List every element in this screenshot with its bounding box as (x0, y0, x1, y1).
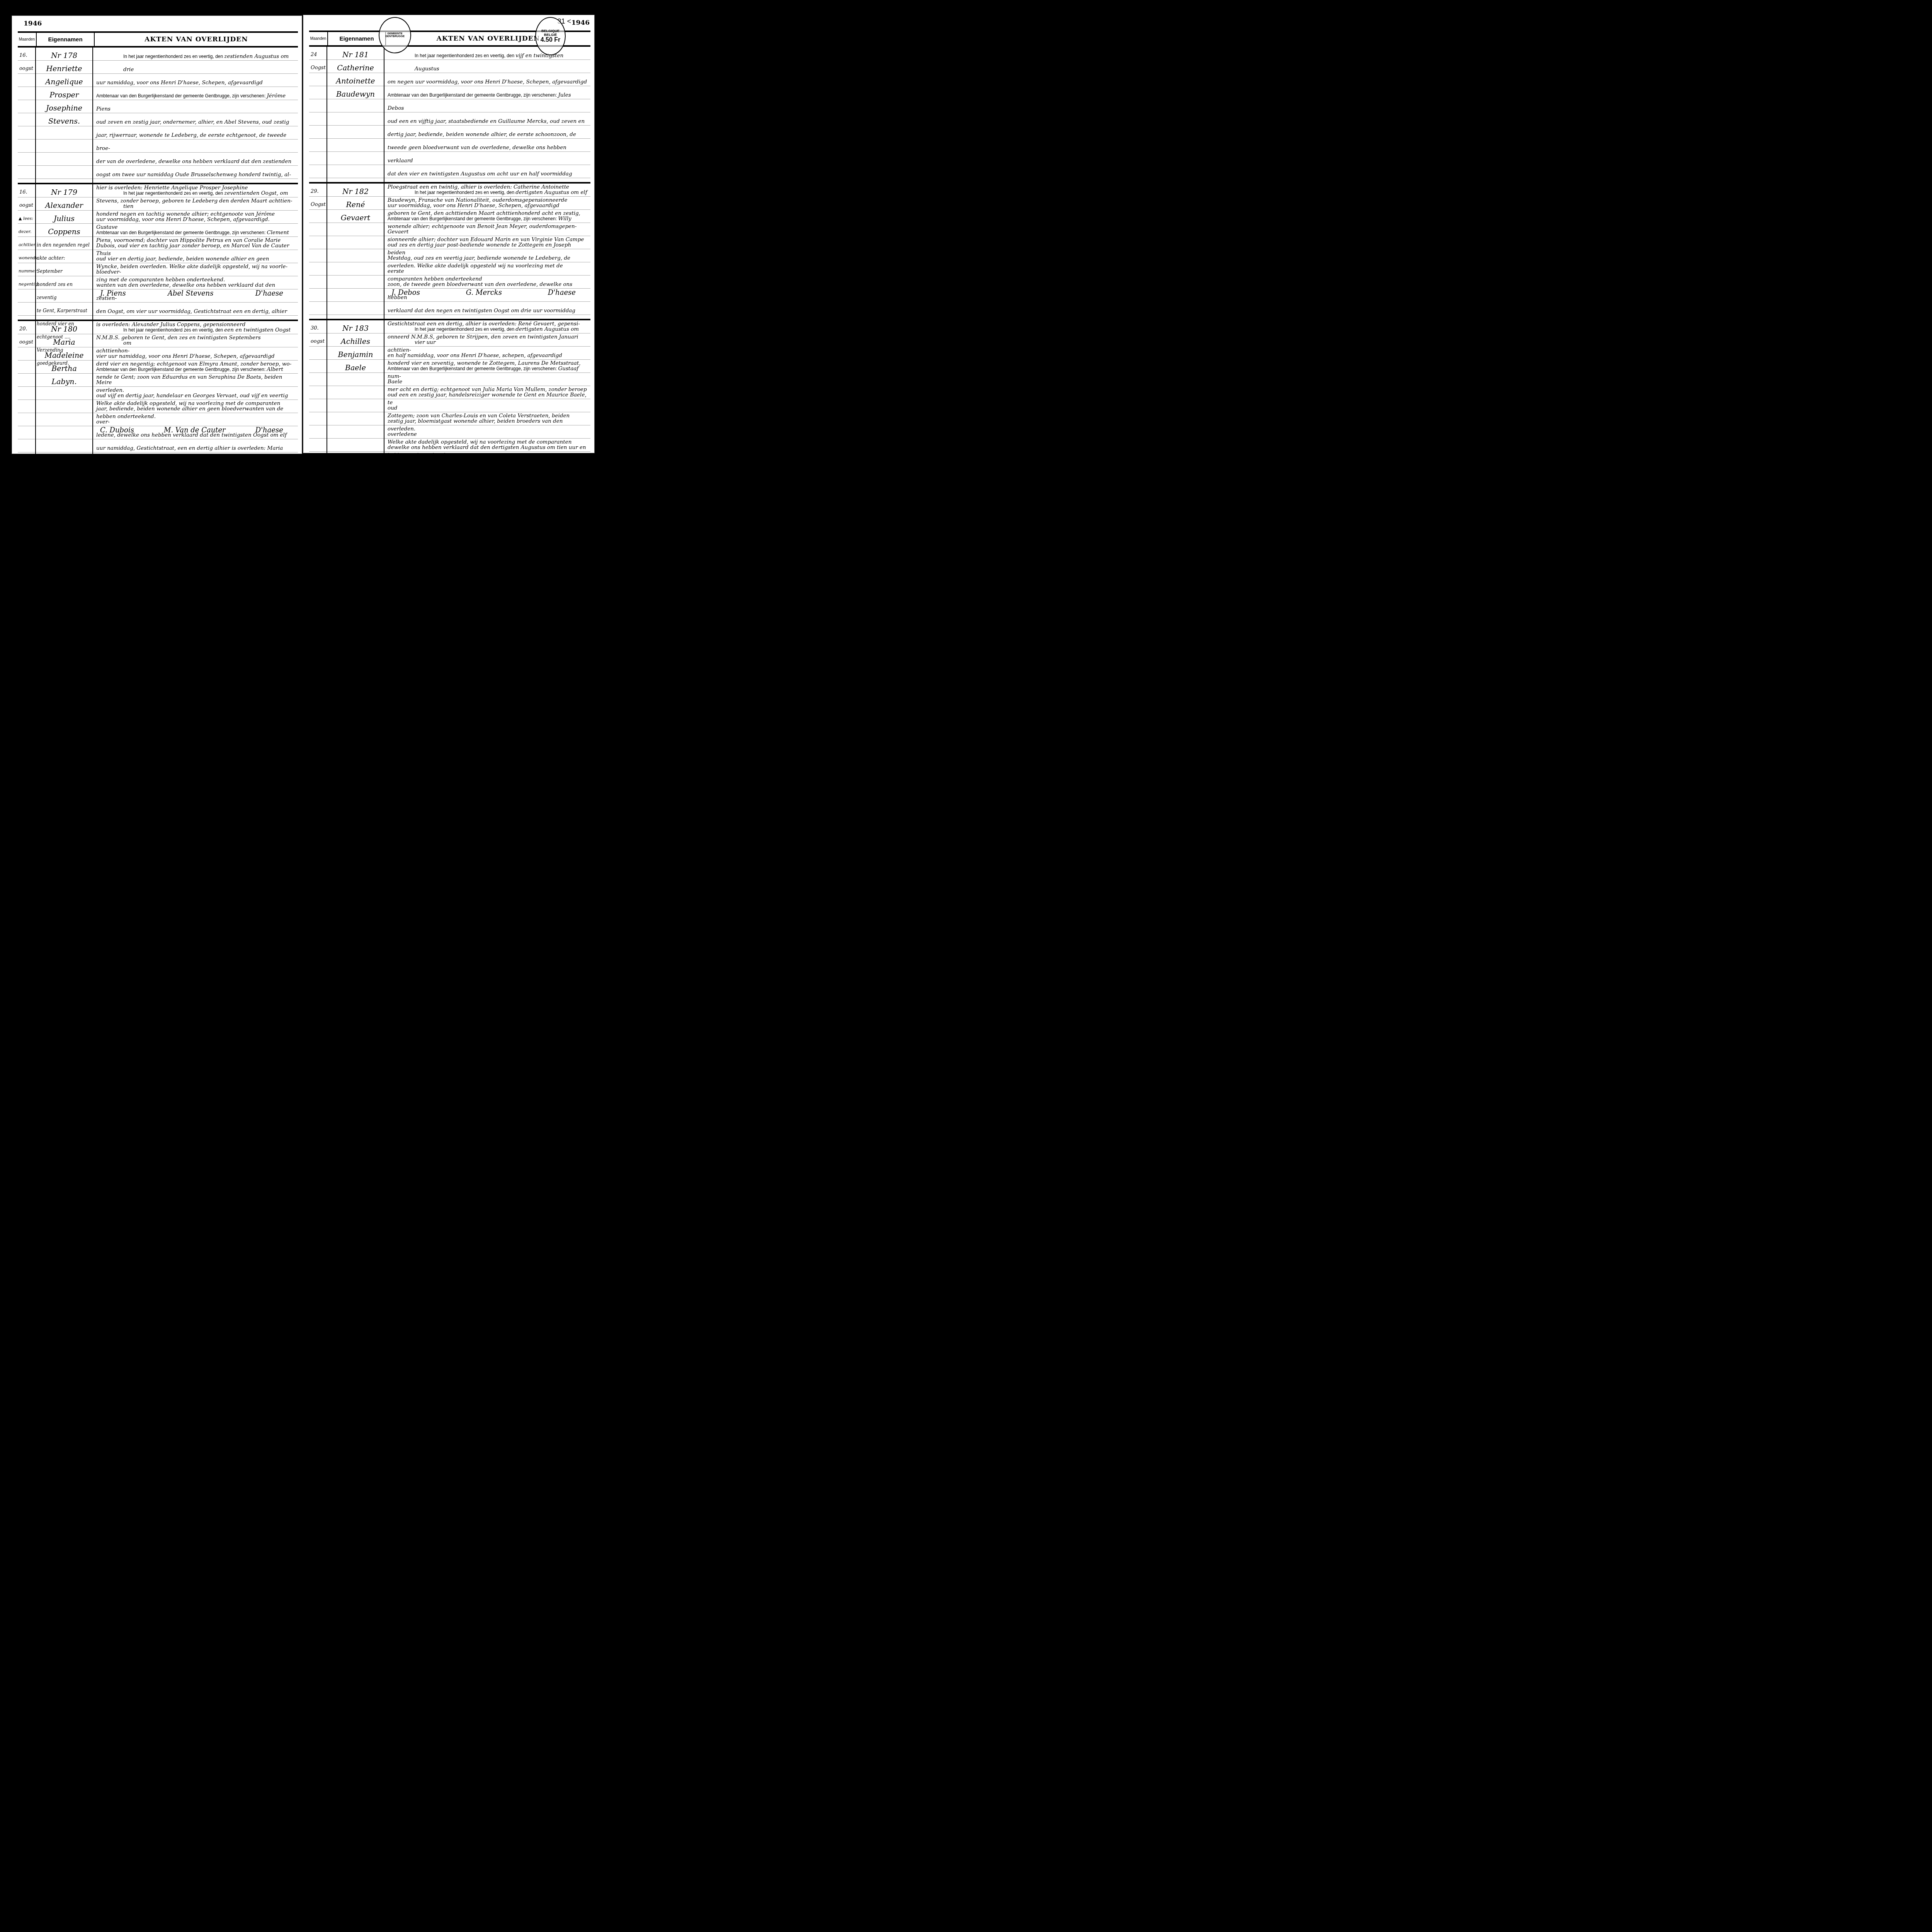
act-line: dewelke ons hebben verklaard dat den der… (388, 441, 587, 454)
act-text: In het jaar negentienhonderd zes en veer… (384, 184, 590, 319)
margin-note-line: ▲ lees: (18, 212, 35, 225)
deceased-name-part: Madeleine (36, 349, 92, 362)
deceased-names: AchillesBenjaminBaele (327, 335, 384, 374)
header-title: AKTEN VAN OVERLIJDEN (95, 33, 298, 46)
act-line: uur voormiddag, voor ons Henri D'haese, … (388, 199, 587, 212)
act-line: verklaard dat den negen en twintigsten O… (388, 304, 587, 317)
act-line: oud vijf en dertig jaar, handelaar en Ge… (96, 389, 295, 402)
death-record-entry: 29. Oogst Nr 182 RenéGevaert In het jaar… (309, 184, 590, 320)
header-months: Maanden (18, 33, 37, 46)
names-cell: Nr 183 AchillesBenjaminBaele (327, 320, 384, 456)
deceased-name-part: Coppens (36, 225, 92, 238)
preprinted-line-1: In het jaar negentienhonderd zes en veer… (415, 190, 514, 195)
year-label: 1946 (24, 20, 42, 27)
preprinted-line-1: In het jaar negentienhonderd zes en veer… (415, 327, 514, 332)
act-line: dat den vier en twintigsten Augustus om … (388, 167, 587, 180)
deceased-name-part: Baudewyn (327, 88, 384, 101)
act-line: uur namiddag, Gestichtstraat, een en der… (96, 442, 295, 455)
header-names: Eigennamen (328, 32, 386, 45)
act-line: ledene, dewelke ons hebben verklaard dat… (96, 429, 295, 442)
register-page-left: 1946 Maanden Eigennamen AKTEN VAN OVERLI… (12, 15, 302, 454)
month-cell: 29. Oogst (309, 184, 327, 319)
preprinted-line-3: Ambtenaar van den Burgerlijkenstand der … (388, 92, 557, 98)
act-line: een kwart voormiddag Vredestraat, drie e… (388, 454, 587, 460)
margin-note-left: ▲ lees:dezer.achttienwonendenummernegent… (18, 212, 35, 291)
act-line: dertig jaar, bediende, beiden wonende al… (388, 128, 587, 141)
names-cell: Nr 179 AlexanderJuliusCoppensin den nege… (36, 184, 93, 320)
deceased-names: MariaMadeleineBerthaLabyn. (36, 336, 92, 388)
deceased-names: CatherineAntoinetteBaudewyn (327, 61, 384, 101)
act-text: In het jaar negentienhonderd zes en veer… (93, 48, 298, 183)
deceased-name-part: Julius (36, 212, 92, 225)
entry-day: 20. (18, 323, 35, 336)
death-record-entry: 16. oogst ▲ lees:dezer.achttienwonendenu… (18, 184, 298, 321)
act-line: wanten van den overledene, dewelke ons h… (96, 279, 295, 305)
preprinted-line-3: Ambtenaar van den Burgerlijkenstand der … (96, 367, 265, 372)
month-cell: 16. oogst ▲ lees:dezer.achttienwonendenu… (18, 184, 36, 320)
preprinted-line-3: Ambtenaar van den Burgerlijkenstand der … (96, 230, 265, 235)
header-months: Maanden (309, 32, 328, 45)
deceased-names: RenéGevaert (327, 198, 384, 224)
margin-note-line: achttien (18, 238, 35, 252)
margin-note-line: nummer (18, 265, 35, 278)
deceased-names: HenrietteAngeliqueProsperJosephineSteven… (36, 62, 92, 128)
act-number: Nr 180 (36, 323, 92, 336)
preprinted-line-1: In het jaar negentienhonderd zes en veer… (123, 327, 223, 333)
act-line: den Oogst, om vier uur voormiddag, Gesti… (96, 305, 295, 318)
month-cell: 20. oogst (18, 321, 36, 456)
act-line: en half namiddag, voor ons Henri D'haese… (388, 349, 587, 362)
register-grid: Maanden Eigennamen AKTEN VAN OVERLIJDEN … (18, 31, 298, 450)
deceased-name-part: Bertha (36, 362, 92, 375)
deceased-name-part: Maria (36, 336, 92, 349)
death-record-entry: 20. oogst Nr 180 MariaMadeleineBerthaLab… (18, 321, 298, 456)
entry-day: 16. (18, 186, 35, 199)
deceased-name-part: Antoinette (327, 75, 384, 88)
act-line: tweede geen bloedverwant van de overlede… (388, 141, 587, 167)
names-cell: Nr 178 HenrietteAngeliqueProsperJosephin… (36, 48, 93, 183)
act-date: dertigsten Augustus om elf (515, 189, 587, 196)
act-text: In het jaar negentienhonderd zes en veer… (384, 320, 590, 456)
preprinted-line-3: Ambtenaar van den Burgerlijkenstand der … (388, 216, 557, 221)
preprinted-line-3: Ambtenaar van den Burgerlijkenstand der … (388, 366, 557, 371)
deceased-name-part: Gevaert (327, 211, 384, 224)
deceased-name-part: Baele (327, 361, 384, 374)
year-label: 1946 (571, 19, 590, 27)
deceased-name-part: Achilles (327, 335, 384, 348)
act-line: uur voormiddag, voor ons Henri D'haese, … (96, 213, 295, 226)
entry-day: 30. (309, 322, 327, 335)
margin-note-line: wonende (18, 252, 35, 265)
deceased-name-part: Angelique (36, 75, 92, 88)
act-line: oud zeven en zestig jaar, ondernemer, al… (96, 116, 295, 129)
column-header-row: Maanden Eigennamen AKTEN VAN OVERLIJDEN (18, 33, 298, 48)
names-cell: Nr 181 CatherineAntoinetteBaudewyn (327, 47, 384, 182)
preprinted-line-1: In het jaar negentienhonderd zes en veer… (415, 53, 514, 58)
act-line: Mestdag, oud zes en veertig jaar, bedien… (388, 252, 587, 278)
act-text: In het jaar negentienhonderd zes en veer… (93, 184, 298, 320)
header-names: Eigennamen (37, 33, 95, 46)
margin-correction-note: in den negenden regel (36, 238, 92, 252)
margin-correction-note: honderd zes en zeventig (36, 278, 92, 304)
margin-note-line: negentig; (18, 278, 35, 291)
deceased-name-part: Labyn. (36, 375, 92, 388)
register-grid: Maanden Eigennamen AKTEN VAN OVERLIJDEN … (309, 31, 590, 449)
names-cell: Nr 182 RenéGevaert (327, 184, 384, 319)
entry-day: 16. (18, 49, 35, 62)
month-cell: 24 Oogst (309, 47, 327, 182)
entry-day: 24 (309, 48, 327, 61)
act-line: oud een en vijftig jaar, staatsbediende … (388, 115, 587, 128)
margin-correction-note: te Gent, Karperstraat (36, 304, 92, 317)
entry-day: 29. (309, 185, 327, 198)
margin-note-line: dezer. (18, 225, 35, 238)
municipal-seal-stamp: GEMEENTE GENTBRUGGE (379, 17, 411, 53)
act-line: oud vier en dertig jaar, bediende, beide… (96, 252, 295, 279)
deceased-name-part: Henriette (36, 62, 92, 75)
act-number: Nr 178 (36, 49, 92, 62)
month-cell: 30. oogst (309, 320, 327, 456)
act-line: om negen uur voormiddag, voor ons Henri … (388, 75, 587, 88)
act-line: der van de overledene, dewelke ons hebbe… (96, 155, 295, 168)
register-page-right: 31 < 1946 Maanden Eigennamen AKTEN VAN O… (303, 15, 595, 453)
act-text: In het jaar negentienhonderd zes en veer… (93, 321, 298, 456)
act-line: vier uur namiddag, voor ons Henri D'haes… (96, 350, 295, 363)
act-line: Dubois, oud vier en tachtig jaar zonder … (96, 239, 295, 252)
deceased-name-part: Stevens. (36, 115, 92, 128)
act-line: oud zes en dertig jaar post-bediende won… (388, 238, 587, 252)
death-record-entry: 30. oogst Nr 183 AchillesBenjaminBaele I… (309, 320, 590, 456)
month-cell: 16. oogst (18, 48, 36, 183)
preprinted-line-1: In het jaar negentienhonderd zes en veer… (123, 190, 223, 196)
act-number: Nr 182 (327, 185, 384, 198)
act-line: jaar, rijwerraar, wonende te Ledeberg, d… (96, 129, 295, 155)
entry-month: oogst (309, 335, 327, 348)
act-number: Nr 183 (327, 322, 384, 335)
witness-name: Clement (267, 230, 289, 236)
margin-correction-note: akte achter: September (36, 252, 92, 278)
deceased-name-part: Alexander (36, 199, 92, 212)
deceased-name-part: René (327, 198, 384, 211)
entry-month: oogst (18, 62, 35, 75)
act-line: oud een en zestig jaar, handelsreiziger … (388, 388, 587, 415)
act-line: uur namiddag, voor ons Henri D'haese, Sc… (96, 76, 295, 89)
entry-month: oogst (18, 336, 35, 349)
act-number: Nr 179 (36, 186, 92, 199)
deceased-name-part: Prosper (36, 88, 92, 102)
entry-month: Oogst (309, 198, 327, 211)
fiscal-revenue-stamp: BELGIQUE BELGIË4.50 Fr (535, 17, 566, 55)
deceased-name-part: Catherine (327, 61, 384, 75)
deceased-name-part: Benjamin (327, 348, 384, 361)
preprinted-line-1: In het jaar negentienhonderd zes en veer… (123, 54, 223, 59)
entry-month: oogst (18, 199, 35, 212)
act-line: zoon, de tweede geen bloedverwant van de… (388, 278, 587, 304)
entry-month: Oogst (309, 61, 327, 75)
death-record-entry: 24 Oogst Nr 181 CatherineAntoinetteBaude… (309, 47, 590, 184)
death-record-entry: 16. oogst Nr 178 HenrietteAngeliqueProsp… (18, 48, 298, 184)
act-line: oogst om twee uur namiddag Oude Brussels… (96, 168, 295, 181)
preprinted-line-3: Ambtenaar van den Burgerlijkenstand der … (96, 93, 265, 99)
deceased-name-part: Josephine (36, 102, 92, 115)
act-line: Madeleine Bertha Labyn, geboren te Gentb… (96, 455, 295, 460)
act-text: In het jaar negentienhonderd zes en veer… (384, 47, 590, 182)
names-cell: Nr 180 MariaMadeleineBerthaLabyn. (36, 321, 93, 456)
act-number: Nr 181 (327, 48, 384, 61)
act-line: zestig jaar, bloemistgast wonende alhier… (388, 415, 587, 441)
act-line: jaar, bediende, beiden wonende alhier en… (96, 402, 295, 429)
